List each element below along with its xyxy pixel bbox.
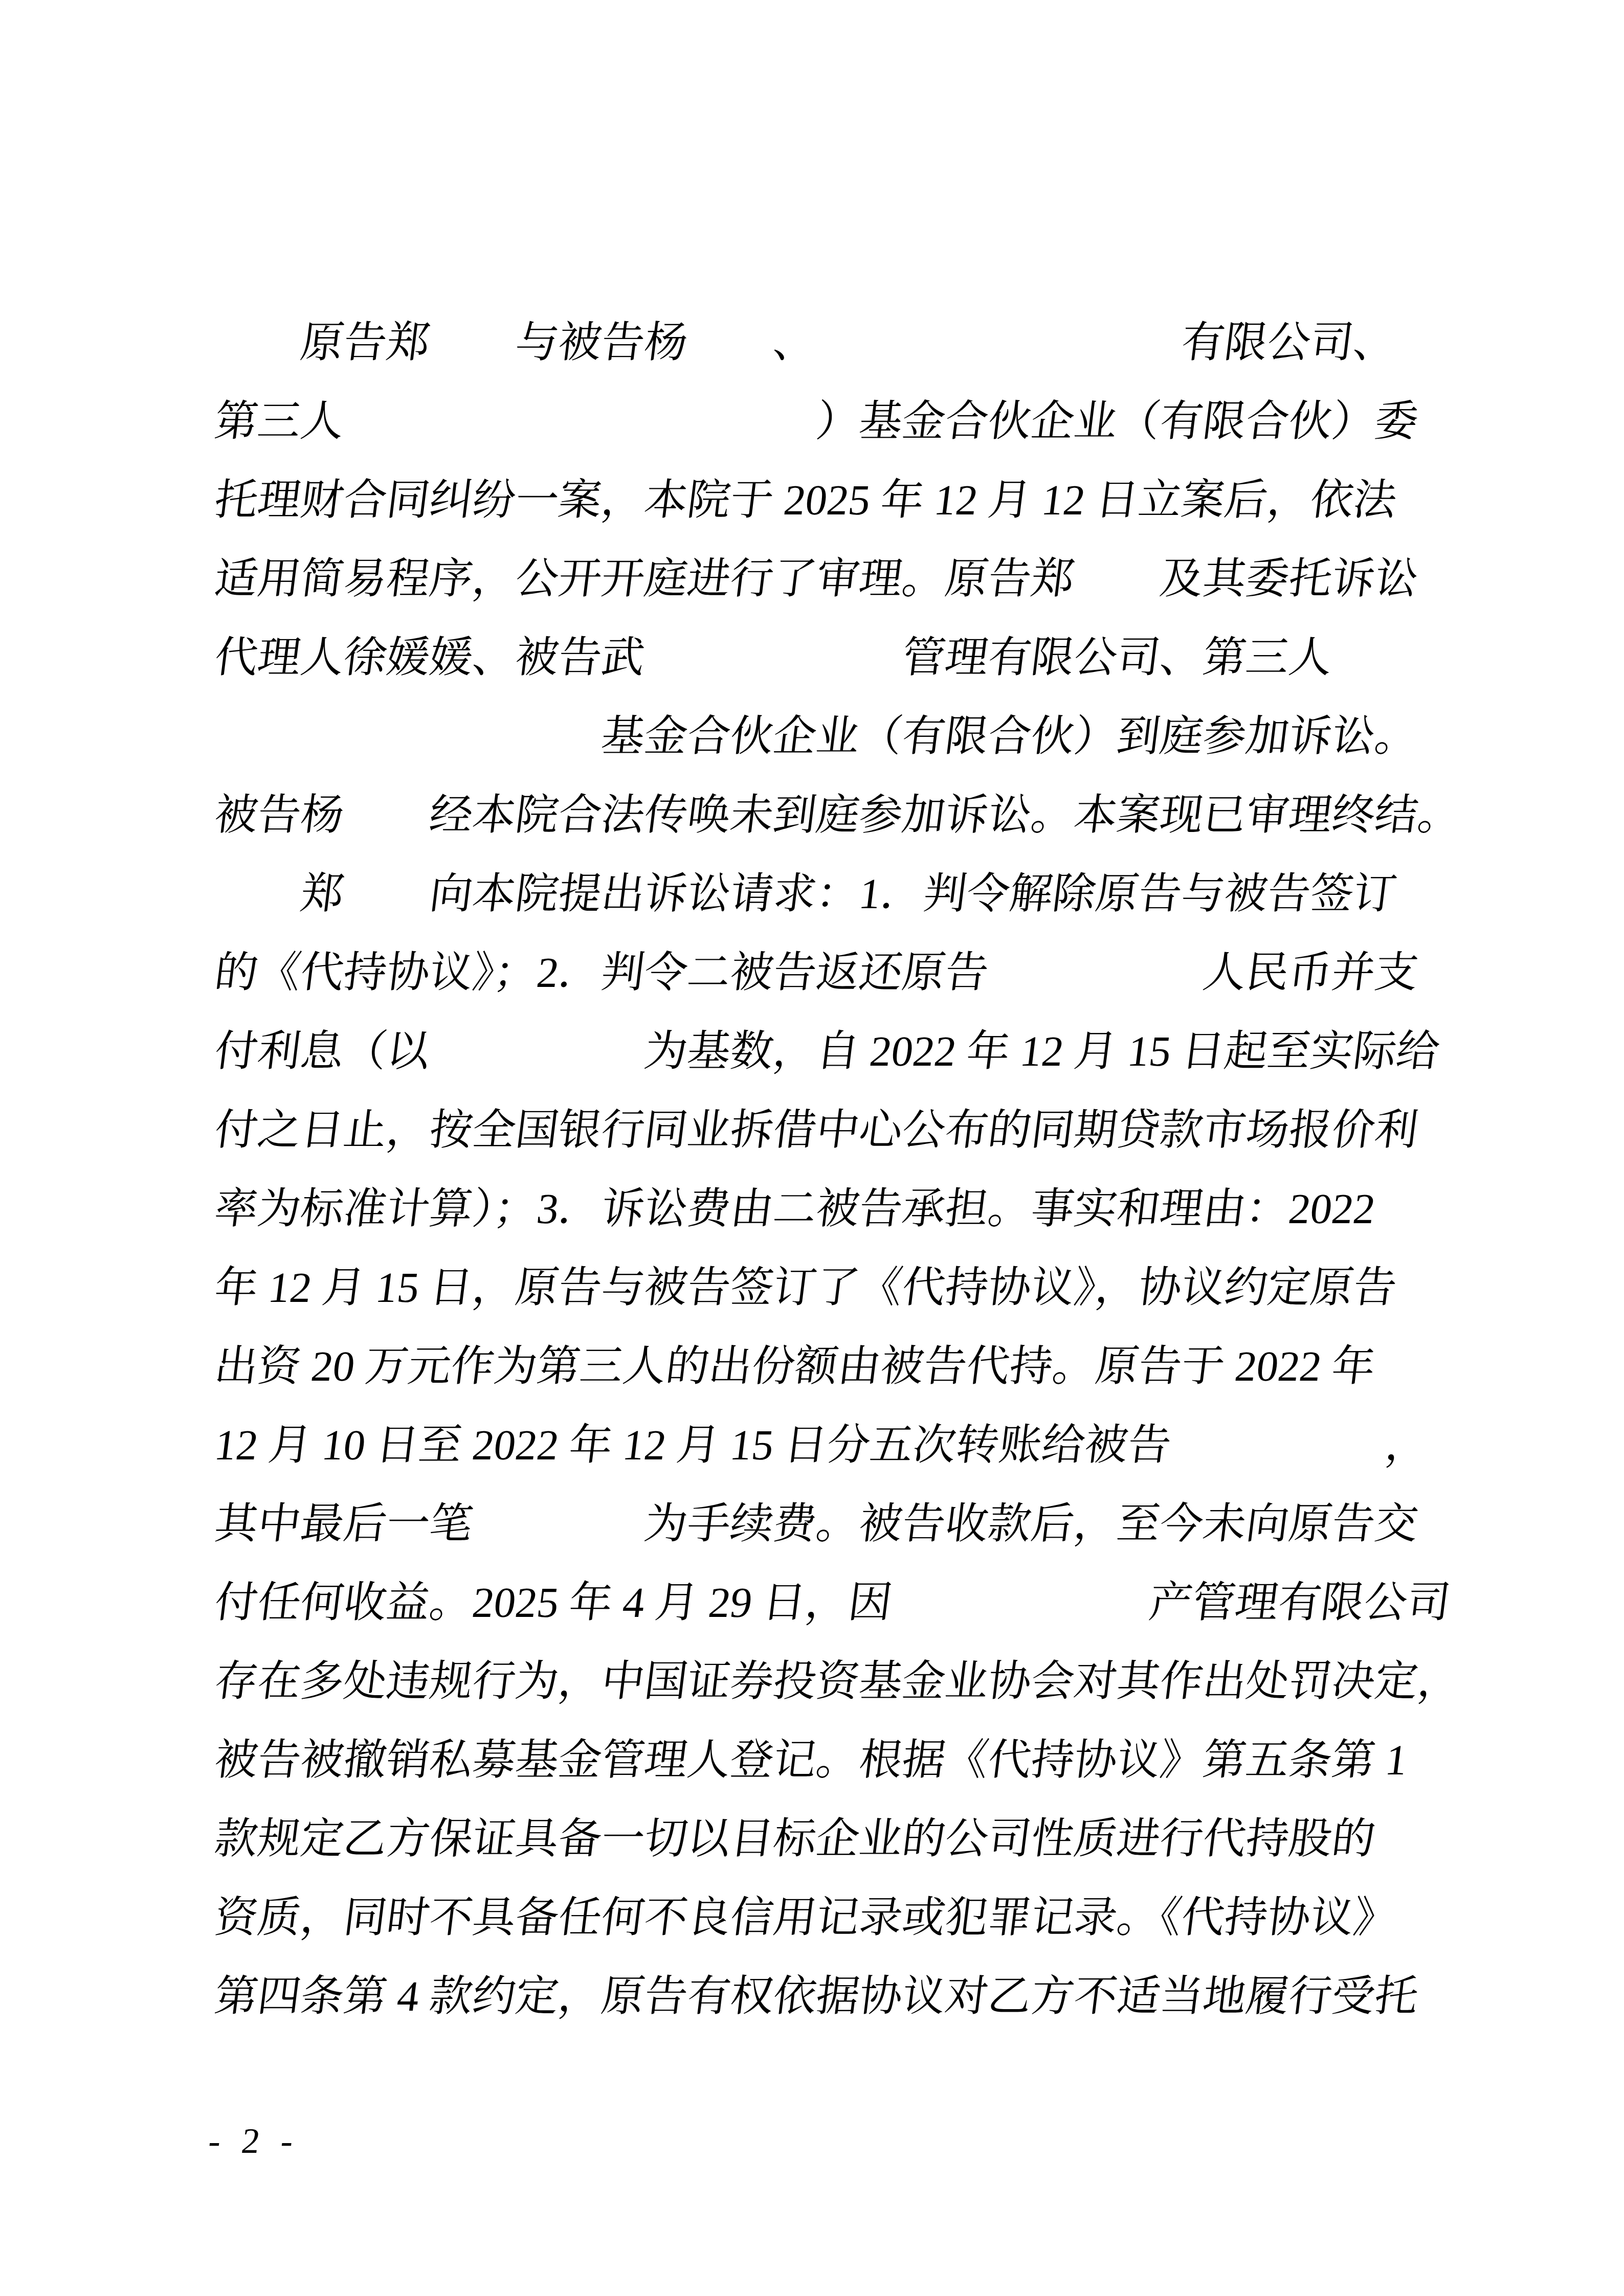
text-line: 存在多处违规行为，中国证券投资基金业协会对其作出处罚决定， — [210, 1642, 1473, 1721]
text-line: 付之日止，按全国银行同业拆借中心公布的同期贷款市场报价利 — [210, 1091, 1473, 1170]
text-line: 出资 20 万元作为第三人的出份额由被告代持。原告于 2022 年 — [210, 1327, 1473, 1406]
text-line: 第三人 ）基金合伙企业（有限合伙）委 — [210, 382, 1473, 461]
text-line: 付利息（以 为基数，自 2022 年 12 月 15 日起至实际给 — [210, 1012, 1473, 1091]
text-line: 款规定乙方保证具备一切以目标企业的公司性质进行代持股的 — [210, 1800, 1473, 1879]
judgment-body-text: 原告郑 与被告杨 、 有限公司、 第三人 ）基金合伙企业（有限合伙）委 托理财合… — [215, 304, 1468, 2036]
judgment-document-page: 原告郑 与被告杨 、 有限公司、 第三人 ）基金合伙企业（有限合伙）委 托理财合… — [0, 0, 1624, 2296]
text-line: 的《代持协议》；2．判令二被告返还原告 人民币并支 — [210, 934, 1473, 1012]
page-number: - 2 - — [206, 2121, 301, 2162]
text-line: 12 月 10 日至 2022 年 12 月 15 日分五次转账给被告 ， — [210, 1406, 1473, 1485]
text-line: 付任何收益。2025 年 4 月 29 日，因 产管理有限公司 — [210, 1564, 1473, 1642]
text-line: 年 12 月 15 日，原告与被告签订了《代持协议》，协议约定原告 — [210, 1249, 1473, 1327]
text-line: 第四条第 4 款约定，原告有权依据协议对乙方不适当地履行受托 — [210, 1957, 1473, 2036]
text-line: 被告杨 经本院合法传唤未到庭参加诉讼。本案现已审理终结。 — [210, 776, 1473, 855]
text-line: 率为标准计算）；3．诉讼费由二被告承担。事实和理由：2022 — [210, 1170, 1473, 1249]
text-line: 郑 向本院提出诉讼请求：1．判令解除原告与被告签订 — [210, 855, 1473, 934]
text-line: 被告被撤销私募基金管理人登记。根据《代持协议》第五条第 1 — [210, 1721, 1473, 1800]
text-line: 适用简易程序，公开开庭进行了审理。原告郑 及其委托诉讼 — [210, 540, 1473, 619]
text-line: 原告郑 与被告杨 、 有限公司、 — [210, 304, 1473, 382]
text-line: 代理人徐媛媛、被告武 管理有限公司、第三人 — [210, 619, 1473, 697]
text-line: 基金合伙企业（有限合伙）到庭参加诉讼。 — [210, 697, 1473, 776]
text-line: 其中最后一笔 为手续费。被告收款后，至今未向原告交 — [210, 1485, 1473, 1564]
text-line: 托理财合同纠纷一案，本院于 2025 年 12 月 12 日立案后，依法 — [210, 461, 1473, 540]
text-line: 资质，同时不具备任何不良信用记录或犯罪记录。《代持协议》 — [210, 1879, 1473, 1957]
